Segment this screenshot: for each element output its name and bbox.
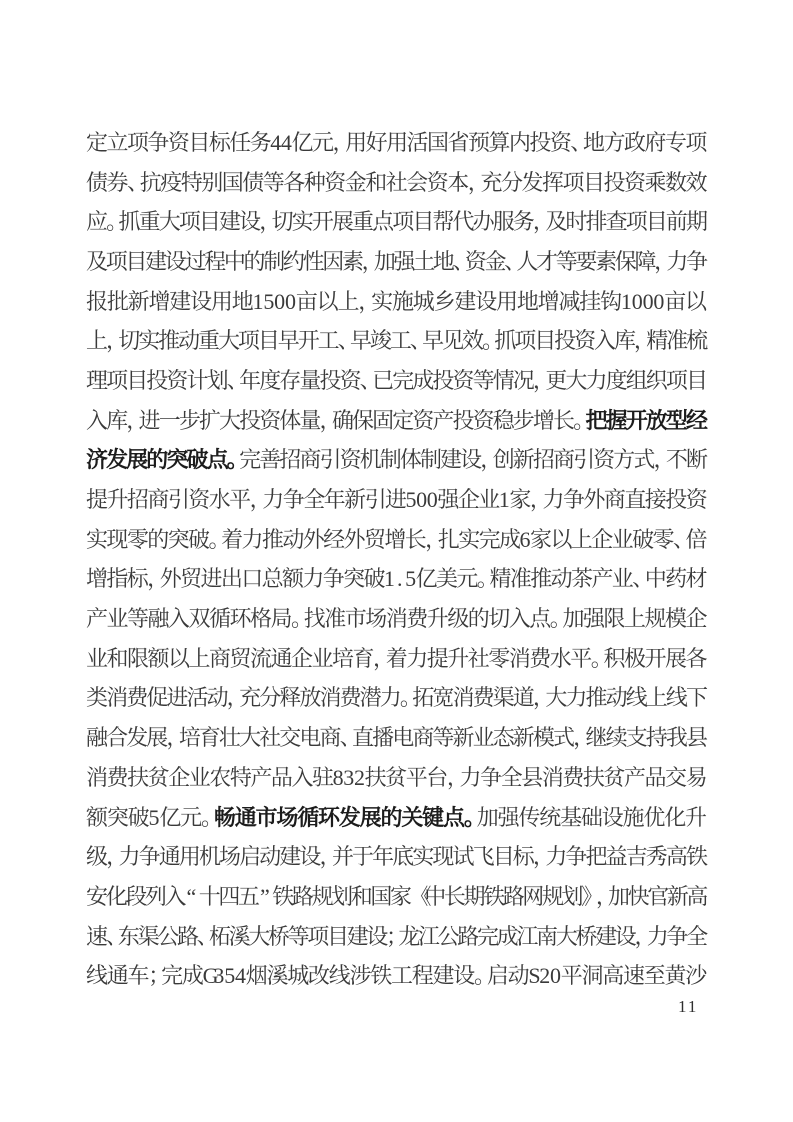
text-line: 额突破5亿元。畅通市场循环发展的关键点。加强传统基础设施优化升 [86, 798, 706, 838]
page-number: 11 [678, 997, 718, 1017]
text-line: 报批新增建设用地1500亩以上，实施城乡建设用地增减挂钩1000亩以 [86, 282, 706, 322]
text-line: 业和限额以上商贸流通企业培育，着力提升社零消费水平。积极开展各 [86, 639, 706, 679]
text-line: 应。抓重大项目建设，切实开展重点项目帮代办服务，及时排查项目前期 [86, 202, 706, 242]
text-line: 线通车；完成G354烟溪城改线涉铁工程建设。启动S20平洞高速至黄沙 [86, 956, 706, 996]
text-line: 入库，进一步扩大投资体量，确保固定资产投资稳步增长。把握开放型经 [86, 401, 706, 441]
document-page: 定立项争资目标任务44亿元，用好用活国省预算内投资、地方政府专项债券、抗疫特别国… [0, 0, 793, 1122]
text-line: 安化段列入“十四五”铁路规划和国家《中长期铁路网规划》，加快官新高 [86, 877, 706, 917]
body-text-block: 定立项争资目标任务44亿元，用好用活国省预算内投资、地方政府专项债券、抗疫特别国… [86, 123, 706, 996]
text-line: 产业等融入双循环格局。找准市场消费升级的切入点。加强限上规模企 [86, 599, 706, 639]
text-line: 融合发展，培育壮大社交电商、直播电商等新业态新模式，继续支持我县 [86, 718, 706, 758]
text-line: 债券、抗疫特别国债等各种资金和社会资本，充分发挥项目投资乘数效 [86, 163, 706, 203]
text-line: 消费扶贫企业农特产品入驻832扶贫平台，力争全县消费扶贫产品交易 [86, 758, 706, 798]
text-line: 速、东渠公路、柘溪大桥等项目建设；龙江公路完成江南大桥建设，力争全 [86, 917, 706, 957]
text-line: 济发展的突破点。完善招商引资机制体制建设，创新招商引资方式，不断 [86, 441, 706, 481]
text-line: 定立项争资目标任务44亿元，用好用活国省预算内投资、地方政府专项 [86, 123, 706, 163]
text-line: 类消费促进活动，充分释放消费潜力。拓宽消费渠道，大力推动线上线下 [86, 679, 706, 719]
text-line: 实现零的突破。着力推动外经外贸增长，扎实完成6家以上企业破零、倍 [86, 520, 706, 560]
text-line: 增指标，外贸进出口总额力争突破1.5亿美元。精准推动茶产业、中药材 [86, 560, 706, 600]
text-line: 提升招商引资水平，力争全年新引进500强企业1家，力争外商直接投资 [86, 480, 706, 520]
text-line: 级，力争通用机场启动建设，并于年底实现试飞目标，力争把益吉秀高铁 [86, 837, 706, 877]
text-line: 上，切实推动重大项目早开工、早竣工、早见效。抓项目投资入库，精准梳 [86, 321, 706, 361]
text-line: 及项目建设过程中的制约性因素，加强土地、资金、人才等要素保障，力争 [86, 242, 706, 282]
text-line: 理项目投资计划、年度存量投资、已完成投资等情况，更大力度组织项目 [86, 361, 706, 401]
